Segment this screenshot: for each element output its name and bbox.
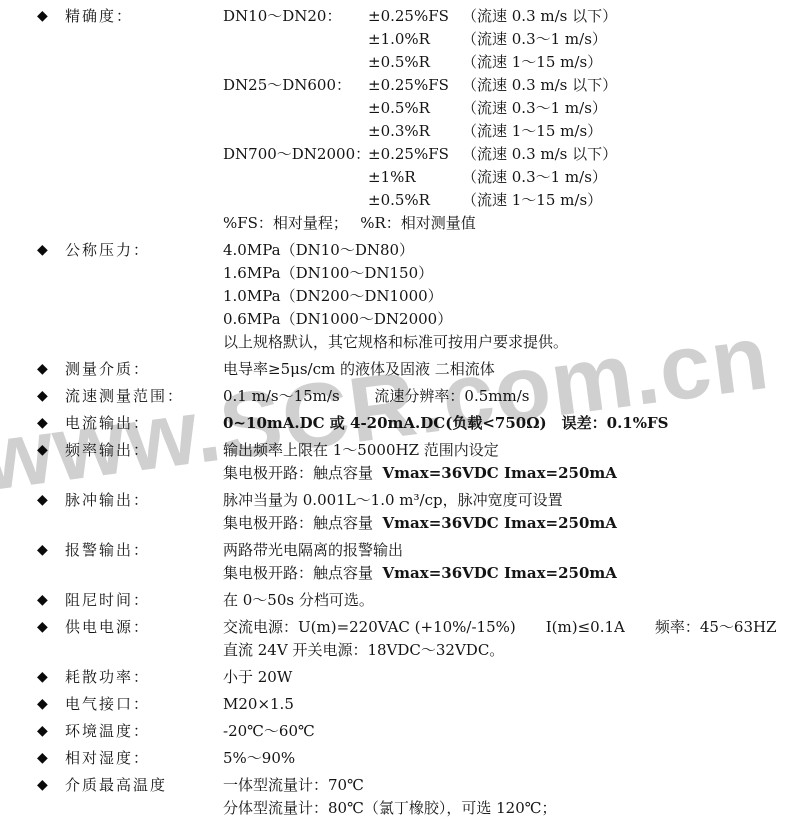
- spec-line: ±1.0%R（流速 0.3～1 m/s）: [223, 28, 800, 51]
- spec-line: DN10～DN20：±0.25%FS（流速 0.3 m/s 以下）: [223, 5, 800, 28]
- spec-section: ◆精确度：DN10～DN20：±0.25%FS（流速 0.3 m/s 以下）±1…: [0, 5, 800, 235]
- spec-line: 集电极开路：触点容量 Vmax=36VDC Imax=250mA: [223, 512, 800, 535]
- spec-line: 集电极开路：触点容量 Vmax=36VDC Imax=250mA: [223, 462, 800, 485]
- spec-label: 脉冲输出：: [65, 489, 223, 512]
- diamond-bullet-icon: ◆: [37, 239, 65, 262]
- spec-content: M20×1.5: [223, 693, 800, 716]
- spec-col3: （流速 1～15 m/s）: [462, 120, 602, 143]
- spec-section: ◆耗散功率：小于 20W: [0, 666, 800, 689]
- spec-text: Vmax=36VDC Imax=250mA: [383, 564, 617, 582]
- spec-col2: ±1%R: [368, 166, 462, 189]
- spec-content: 电导率≥5μs/cm 的液体及固液 二相流体: [223, 358, 800, 381]
- spec-col2: ±0.5%R: [368, 51, 462, 74]
- spec-line: 以上规格默认，其它规格和标准可按用户要求提供。: [223, 331, 800, 354]
- diamond-bullet-icon: ◆: [37, 5, 65, 28]
- spec-text: 集电极开路：触点容量: [223, 464, 383, 482]
- spec-section: ◆电气接口：M20×1.5: [0, 693, 800, 716]
- spec-content: 0.1 m/s～15m/s 流速分辨率：0.5mm/s: [223, 385, 800, 408]
- spec-line: ±0.5%R（流速 0.3～1 m/s）: [223, 97, 800, 120]
- spec-col2: ±1.0%R: [368, 28, 462, 51]
- spec-label: 耗散功率：: [65, 666, 223, 689]
- spec-content: 脉冲当量为 0.001L～1.0 m³/cp，脉冲宽度可设置集电极开路：触点容量…: [223, 489, 800, 535]
- spec-line: 脉冲当量为 0.001L～1.0 m³/cp，脉冲宽度可设置: [223, 489, 800, 512]
- spec-text: 集电极开路：触点容量: [223, 514, 383, 532]
- spec-col2: ±0.25%FS: [368, 5, 462, 28]
- spec-label: 环境温度：: [65, 720, 223, 743]
- spec-line: 直流 24V 开关电源：18VDC～32VDC。: [223, 639, 800, 662]
- spec-section: ◆频率输出：输出频率上限在 1～5000HZ 范围内设定集电极开路：触点容量 V…: [0, 439, 800, 485]
- spec-section: ◆介质最高温度一体型流量计：70℃分体型流量计：80℃（氯丁橡胶），可选 120…: [0, 774, 800, 819]
- diamond-bullet-icon: ◆: [37, 439, 65, 462]
- spec-section: ◆供电电源：交流电源：U(m)=220VAC (+10%/-15%) I(m)≤…: [0, 616, 800, 662]
- diamond-bullet-icon: ◆: [37, 666, 65, 689]
- spec-content: 4.0MPa（DN10～DN80）1.6MPa（DN100～DN150）1.0M…: [223, 239, 800, 354]
- diamond-bullet-icon: ◆: [37, 358, 65, 381]
- diamond-bullet-icon: ◆: [37, 589, 65, 612]
- spec-content: -20℃～60℃: [223, 720, 800, 743]
- spec-line: 电导率≥5μs/cm 的液体及固液 二相流体: [223, 358, 800, 381]
- spec-col1: DN700～DN2000：: [223, 143, 368, 166]
- spec-line: DN25～DN600：±0.25%FS（流速 0.3 m/s 以下）: [223, 74, 800, 97]
- spec-label: 电气接口：: [65, 693, 223, 716]
- diamond-bullet-icon: ◆: [37, 693, 65, 716]
- spec-content: 小于 20W: [223, 666, 800, 689]
- spec-content: 5%～90%: [223, 747, 800, 770]
- spec-col2: ±0.5%R: [368, 189, 462, 212]
- spec-line: ±0.5%R（流速 1～15 m/s）: [223, 189, 800, 212]
- spec-line: 输出频率上限在 1～5000HZ 范围内设定: [223, 439, 800, 462]
- spec-label: 精确度：: [65, 5, 223, 28]
- spec-line: -20℃～60℃: [223, 720, 800, 743]
- spec-line: 0.1 m/s～15m/s 流速分辨率：0.5mm/s: [223, 385, 800, 408]
- spec-line: 0~10mA.DC 或 4-20mA.DC(负载<750Ω) 误差：0.1%FS: [223, 412, 800, 435]
- spec-content: 输出频率上限在 1～5000HZ 范围内设定集电极开路：触点容量 Vmax=36…: [223, 439, 800, 485]
- spec-content: 0~10mA.DC 或 4-20mA.DC(负载<750Ω) 误差：0.1%FS: [223, 412, 800, 435]
- spec-col1: DN10～DN20：: [223, 5, 368, 28]
- spec-document-page: www.SCR.com.cn ◆精确度：DN10～DN20：±0.25%FS（流…: [0, 0, 800, 819]
- spec-section: ◆报警输出：两路带光电隔离的报警输出集电极开路：触点容量 Vmax=36VDC …: [0, 539, 800, 585]
- spec-section: ◆环境温度：-20℃～60℃: [0, 720, 800, 743]
- spec-line: 小于 20W: [223, 666, 800, 689]
- spec-section: ◆脉冲输出：脉冲当量为 0.001L～1.0 m³/cp，脉冲宽度可设置集电极开…: [0, 489, 800, 535]
- diamond-bullet-icon: ◆: [37, 385, 65, 408]
- spec-line: M20×1.5: [223, 693, 800, 716]
- spec-line: ±0.3%R（流速 1～15 m/s）: [223, 120, 800, 143]
- spec-section: ◆电流输出：0~10mA.DC 或 4-20mA.DC(负载<750Ω) 误差：…: [0, 412, 800, 435]
- diamond-bullet-icon: ◆: [37, 774, 65, 797]
- spec-text: 集电极开路：触点容量: [223, 564, 383, 582]
- spec-content: 两路带光电隔离的报警输出集电极开路：触点容量 Vmax=36VDC Imax=2…: [223, 539, 800, 585]
- spec-line: 4.0MPa（DN10～DN80）: [223, 239, 800, 262]
- spec-col3: （流速 1～15 m/s）: [462, 189, 602, 212]
- spec-label: 流速测量范围：: [65, 385, 223, 408]
- spec-label: 电流输出：: [65, 412, 223, 435]
- spec-col3: （流速 1～15 m/s）: [462, 51, 602, 74]
- spec-list: ◆精确度：DN10～DN20：±0.25%FS（流速 0.3 m/s 以下）±1…: [0, 5, 800, 819]
- spec-content: 交流电源：U(m)=220VAC (+10%/-15%) I(m)≤0.1A 频…: [223, 616, 800, 662]
- spec-label: 相对湿度：: [65, 747, 223, 770]
- spec-line: 1.6MPa（DN100～DN150）: [223, 262, 800, 285]
- spec-text: 0~10mA.DC 或 4-20mA.DC(负载<750Ω) 误差：0.1%FS: [223, 414, 668, 432]
- spec-label: 供电电源：: [65, 616, 223, 639]
- diamond-bullet-icon: ◆: [37, 412, 65, 435]
- spec-line: 0.6MPa（DN1000～DN2000）: [223, 308, 800, 331]
- spec-line: ±0.5%R（流速 1～15 m/s）: [223, 51, 800, 74]
- spec-col3: （流速 0.3 m/s 以下）: [462, 143, 617, 166]
- spec-content: 一体型流量计：70℃分体型流量计：80℃（氯丁橡胶），可选 120℃；: [223, 774, 800, 819]
- spec-col2: ±0.25%FS: [368, 143, 462, 166]
- spec-label: 公称压力：: [65, 239, 223, 262]
- diamond-bullet-icon: ◆: [37, 720, 65, 743]
- spec-col3: （流速 0.3～1 m/s）: [462, 166, 607, 189]
- spec-line: 两路带光电隔离的报警输出: [223, 539, 800, 562]
- spec-text: Vmax=36VDC Imax=250mA: [383, 464, 617, 482]
- spec-section: ◆公称压力：4.0MPa（DN10～DN80）1.6MPa（DN100～DN15…: [0, 239, 800, 354]
- diamond-bullet-icon: ◆: [37, 747, 65, 770]
- spec-line: 交流电源：U(m)=220VAC (+10%/-15%) I(m)≤0.1A 频…: [223, 616, 800, 639]
- spec-section: ◆相对湿度：5%～90%: [0, 747, 800, 770]
- spec-col2: ±0.5%R: [368, 97, 462, 120]
- spec-content: DN10～DN20：±0.25%FS（流速 0.3 m/s 以下）±1.0%R（…: [223, 5, 800, 235]
- spec-col1: DN25～DN600：: [223, 74, 368, 97]
- spec-line: DN700～DN2000：±0.25%FS（流速 0.3 m/s 以下）: [223, 143, 800, 166]
- spec-line: 5%～90%: [223, 747, 800, 770]
- spec-section: ◆测量介质：电导率≥5μs/cm 的液体及固液 二相流体: [0, 358, 800, 381]
- diamond-bullet-icon: ◆: [37, 489, 65, 512]
- spec-line: %FS：相对量程； %R：相对测量值: [223, 212, 800, 235]
- spec-col3: （流速 0.3 m/s 以下）: [462, 74, 617, 97]
- spec-line: 一体型流量计：70℃: [223, 774, 800, 797]
- spec-text: Vmax=36VDC Imax=250mA: [383, 514, 617, 532]
- spec-col2: ±0.25%FS: [368, 74, 462, 97]
- spec-col2: ±0.3%R: [368, 120, 462, 143]
- spec-col3: （流速 0.3～1 m/s）: [462, 97, 607, 120]
- spec-col3: （流速 0.3～1 m/s）: [462, 28, 607, 51]
- spec-line: 分体型流量计：80℃（氯丁橡胶），可选 120℃；: [223, 797, 800, 819]
- spec-section: ◆阻尼时间：在 0～50s 分档可选。: [0, 589, 800, 612]
- spec-content: 在 0～50s 分档可选。: [223, 589, 800, 612]
- spec-label: 测量介质：: [65, 358, 223, 381]
- spec-label: 报警输出：: [65, 539, 223, 562]
- spec-label: 介质最高温度: [65, 774, 223, 797]
- spec-line: 1.0MPa（DN200～DN1000）: [223, 285, 800, 308]
- spec-line: 在 0～50s 分档可选。: [223, 589, 800, 612]
- spec-line: ±1%R（流速 0.3～1 m/s）: [223, 166, 800, 189]
- spec-section: ◆流速测量范围：0.1 m/s～15m/s 流速分辨率：0.5mm/s: [0, 385, 800, 408]
- diamond-bullet-icon: ◆: [37, 616, 65, 639]
- spec-label: 频率输出：: [65, 439, 223, 462]
- spec-label: 阻尼时间：: [65, 589, 223, 612]
- diamond-bullet-icon: ◆: [37, 539, 65, 562]
- spec-line: 集电极开路：触点容量 Vmax=36VDC Imax=250mA: [223, 562, 800, 585]
- spec-col3: （流速 0.3 m/s 以下）: [462, 5, 617, 28]
